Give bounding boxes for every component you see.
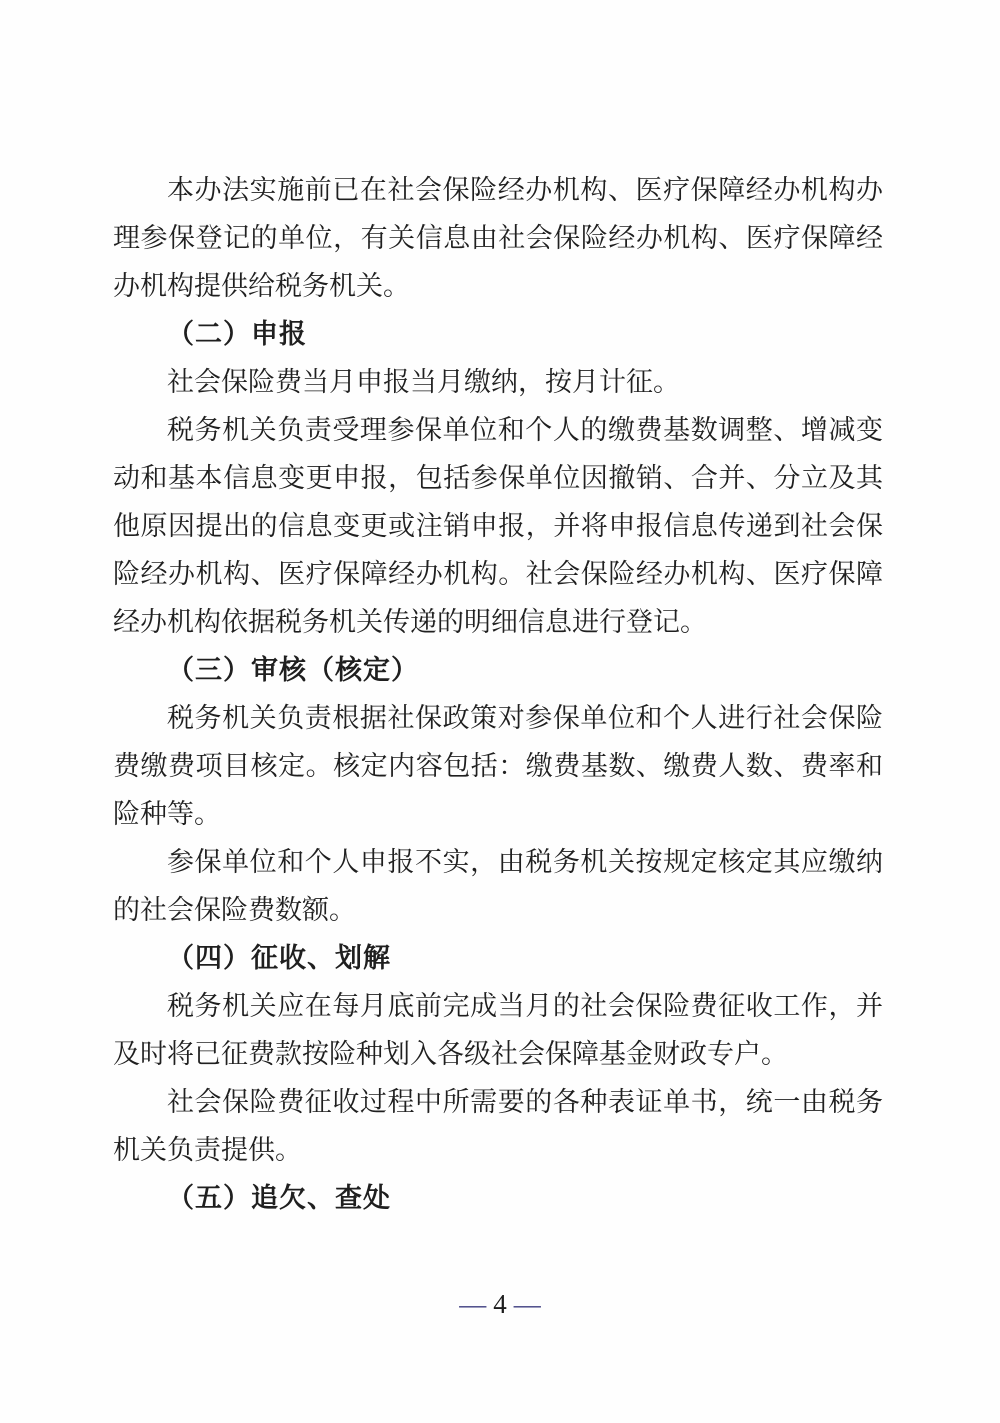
body-paragraph: 参保单位和个人申报不实，由税务机关按规定核定其应缴纳的社会保险费数额。 xyxy=(113,838,883,934)
body-paragraph: 税务机关应在每月底前完成当月的社会保险费征收工作，并及时将已征费款按险种划入各级… xyxy=(113,982,883,1078)
section-heading: （二）申报 xyxy=(113,310,883,358)
page-number: 4 xyxy=(493,1289,507,1319)
footer-dash-left: — xyxy=(459,1289,486,1319)
page-footer: —4— xyxy=(0,1280,1000,1328)
body-paragraph: 社会保险费当月申报当月缴纳，按月计征。 xyxy=(113,358,883,406)
section-heading: （四）征收、划解 xyxy=(113,934,883,982)
document-page: 本办法实施前已在社会保险经办机构、医疗保障经办机构办理参保登记的单位，有关信息由… xyxy=(0,0,1000,1423)
document-body: 本办法实施前已在社会保险经办机构、医疗保障经办机构办理参保登记的单位，有关信息由… xyxy=(113,166,883,1222)
section-heading: （三）审核（核定） xyxy=(113,646,883,694)
footer-dash-right: — xyxy=(514,1289,541,1319)
body-paragraph: 税务机关负责根据社保政策对参保单位和个人进行社会保险费缴费项目核定。核定内容包括… xyxy=(113,694,883,838)
body-paragraph: 本办法实施前已在社会保险经办机构、医疗保障经办机构办理参保登记的单位，有关信息由… xyxy=(113,166,883,310)
section-heading: （五）追欠、查处 xyxy=(113,1174,883,1222)
body-paragraph: 税务机关负责受理参保单位和个人的缴费基数调整、增减变动和基本信息变更申报，包括参… xyxy=(113,406,883,646)
body-paragraph: 社会保险费征收过程中所需要的各种表证单书，统一由税务机关负责提供。 xyxy=(113,1078,883,1174)
